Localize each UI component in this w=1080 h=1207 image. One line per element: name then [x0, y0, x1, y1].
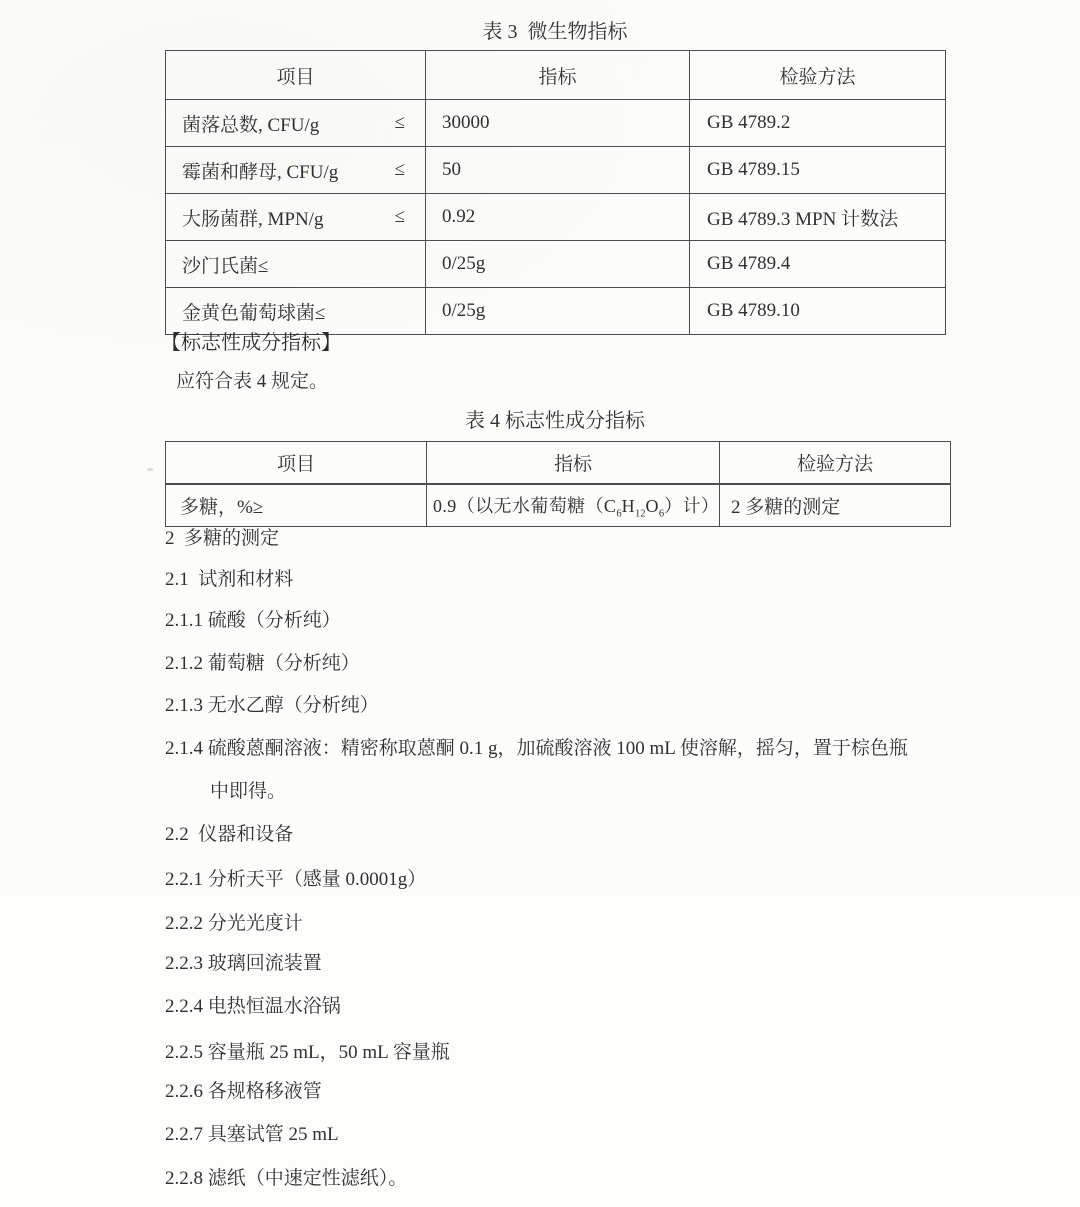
table-row: 菌落总数, CFU/g≤ 30000 GB 4789.2	[166, 100, 946, 147]
table4-indicator-cell: 0.9（以无水葡萄糖（C6H12O6）计）	[427, 484, 720, 527]
table3-indicator-cell: 50	[426, 147, 690, 194]
table-row: 沙门氏菌≤ 0/25g GB 4789.4	[166, 241, 946, 288]
table3-header-row: 项目 指标 检验方法	[166, 51, 946, 100]
table-row: 霉菌和酵母, CFU/g≤ 50 GB 4789.15	[166, 147, 946, 194]
table3-item-cell: 沙门氏菌≤	[166, 241, 426, 288]
table3-method-cell: GB 4789.4	[690, 241, 946, 288]
table3-indicator-cell: 0/25g	[426, 241, 690, 288]
list-item-2-1-3: 2.1.3 无水乙醇（分析纯）	[165, 693, 379, 718]
table4-method-cell: 2 多糖的测定	[720, 484, 951, 527]
list-item-2-2-5: 2.2.5 容量瓶 25 mL，50 mL 容量瓶	[165, 1040, 450, 1065]
table3-item-cell: 菌落总数, CFU/g≤	[166, 100, 426, 147]
table3-method-cell: GB 4789.15	[690, 147, 946, 194]
formula-text: 0.9（以无水葡萄糖（C	[433, 496, 616, 516]
section-heading-2-2: 2.2 仪器和设备	[165, 822, 293, 847]
table3-item-cell: 大肠菌群, MPN/g≤	[166, 194, 426, 241]
table-row: 金黄色葡萄球菌≤ 0/25g GB 4789.10	[166, 288, 946, 335]
table3-method-cell: GB 4789.3 MPN 计数法	[690, 194, 946, 241]
less-equal-sign: ≤	[395, 159, 425, 181]
list-item-2-1-2: 2.1.2 葡萄糖（分析纯）	[165, 651, 360, 676]
item-label: 多糖，%≥	[166, 492, 263, 519]
table4-header-indicator: 指标	[427, 442, 720, 485]
formula-subscript: 12	[635, 508, 646, 519]
less-equal-sign: ≤	[395, 206, 425, 228]
item-label: 菌落总数, CFU/g	[166, 110, 319, 137]
list-item-2-1-1: 2.1.1 硫酸（分析纯）	[165, 608, 341, 633]
table3-indicator-cell: 0/25g	[426, 288, 690, 335]
section-heading-2: 2 多糖的测定	[165, 526, 279, 551]
table3-indicator-cell: 30000	[426, 100, 690, 147]
table3-header-item: 项目	[166, 51, 426, 100]
table3-header-indicator: 指标	[426, 51, 690, 100]
less-equal-sign: ≤	[395, 112, 425, 134]
table3-item-cell: 霉菌和酵母, CFU/g≤	[166, 147, 426, 194]
table3-title: 表 3 微生物指标	[165, 19, 945, 45]
item-label: 大肠菌群, MPN/g	[166, 204, 323, 231]
table4-header-item: 项目	[166, 442, 427, 485]
table3-item-cell: 金黄色葡萄球菌≤	[166, 288, 426, 335]
table-row: 多糖，%≥ 0.9（以无水葡萄糖（C6H12O6）计） 2 多糖的测定	[166, 484, 951, 527]
table3-header-method: 检验方法	[690, 51, 946, 100]
list-item-2-2-1: 2.2.1 分析天平（感量 0.0001g）	[165, 867, 426, 892]
table4-header-row: 项目 指标 检验方法	[166, 442, 951, 485]
table4-title: 表 4 标志性成分指标	[165, 408, 945, 434]
section-heading-2-1: 2.1 试剂和材料	[165, 567, 293, 592]
list-item-2-2-7: 2.2.7 具塞试管 25 mL	[165, 1122, 339, 1147]
table3-method-cell: GB 4789.10	[690, 288, 946, 335]
table4-item-cell: 多糖，%≥	[166, 484, 427, 527]
conform-note: 应符合表 4 规定。	[176, 370, 328, 394]
list-item-2-2-3: 2.2.3 玻璃回流装置	[165, 951, 322, 976]
list-item-2-2-8: 2.2.8 滤纸（中速定性滤纸）。	[165, 1166, 407, 1191]
item-label: 霉菌和酵母, CFU/g	[166, 157, 338, 184]
formula-text: ）计）	[664, 496, 719, 516]
formula-text: O	[645, 496, 658, 516]
marker-component-heading: 【标志性成分指标】	[161, 331, 341, 356]
list-item-2-2-4: 2.2.4 电热恒温水浴锅	[165, 994, 341, 1019]
formula-text: H	[622, 496, 635, 516]
table4-header-method: 检验方法	[720, 442, 951, 485]
table3-indicator-cell: 0.92	[426, 194, 690, 241]
item-label: 沙门氏菌≤	[166, 251, 268, 278]
document-page: 表 3 微生物指标 项目 指标 检验方法 菌落总数, CFU/g≤ 30000 …	[0, 0, 1080, 1207]
table3-method-cell: GB 4789.2	[690, 100, 946, 147]
scan-artifact	[147, 468, 153, 471]
list-item-2-2-2: 2.2.2 分光光度计	[165, 911, 303, 936]
list-item-2-1-4-line2: 中即得。	[210, 779, 286, 804]
table4-marker-components: 项目 指标 检验方法 多糖，%≥ 0.9（以无水葡萄糖（C6H12O6）计） 2…	[165, 441, 951, 527]
list-item-2-2-6: 2.2.6 各规格移液管	[165, 1079, 322, 1104]
item-label: 金黄色葡萄球菌≤	[166, 298, 325, 325]
table-row: 大肠菌群, MPN/g≤ 0.92 GB 4789.3 MPN 计数法	[166, 194, 946, 241]
table3-microbiology: 项目 指标 检验方法 菌落总数, CFU/g≤ 30000 GB 4789.2 …	[165, 50, 946, 335]
list-item-2-1-4-line1: 2.1.4 硫酸蒽酮溶液：精密称取蒽酮 0.1 g，加硫酸溶液 100 mL 使…	[165, 736, 908, 761]
